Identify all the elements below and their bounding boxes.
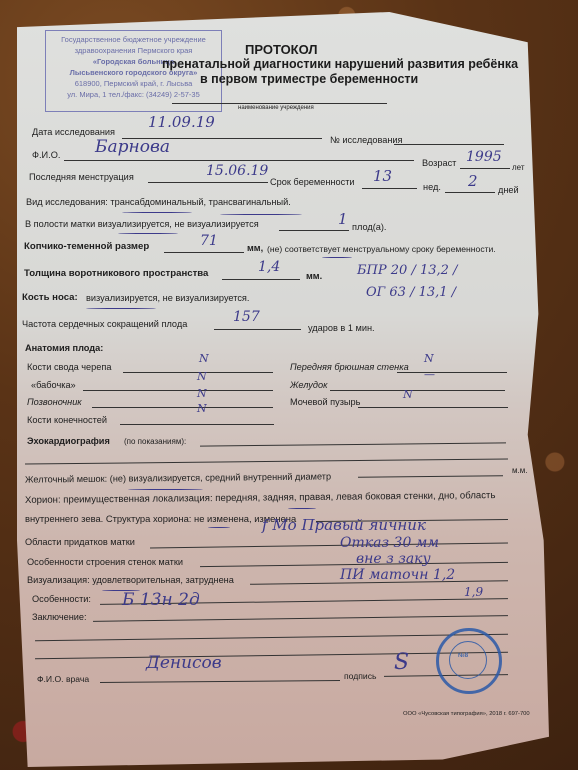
nasal-bone-text: визуализируется, не визуализируется.: [86, 293, 249, 303]
nt-unit: мм.: [306, 271, 322, 281]
institution-stamp: Государственное бюджетное учреждение здр…: [45, 30, 222, 112]
visualization-value[interactable]: ПИ маточн 1,2: [340, 567, 455, 583]
anatomy-left-label: Кости конечностей: [27, 415, 107, 425]
age-label: Возраст: [422, 158, 456, 168]
nt-line: [222, 279, 300, 280]
conclusion-label: Заключение:: [32, 612, 87, 622]
fetus-count-value[interactable]: 1: [338, 210, 348, 228]
anatomy-line: [92, 407, 273, 408]
anatomy-left-label: «бабочка»: [31, 380, 76, 390]
document-title: ПРОТОКОЛ: [245, 42, 318, 57]
fetus-unit: плод(а).: [352, 222, 387, 232]
crl-unit: мм,: [247, 243, 263, 253]
crl-label: Копчико-теменной размер: [24, 241, 149, 252]
anatomy-right-label: Мочевой пузырь: [290, 397, 360, 407]
crl-value[interactable]: 71: [200, 233, 218, 249]
uterus-underline: [118, 233, 178, 234]
stamp-line: Государственное бюджетное учреждение: [46, 34, 221, 45]
doctor-name-value[interactable]: Денисов: [146, 653, 222, 673]
exam-number-line: [394, 144, 504, 145]
last-menstruation-value[interactable]: 15.06.19: [206, 163, 268, 179]
heart-rate-label: Частота сердечных сокращений плода: [22, 319, 187, 329]
seal-inner-ring: [449, 641, 487, 679]
anatomy-mark[interactable]: N: [403, 388, 413, 401]
anatomy-right-label: Передняя брюшная стенка: [290, 362, 409, 372]
term-label: Срок беременности: [270, 177, 355, 187]
features-label: Особенности:: [32, 594, 91, 604]
nt-value[interactable]: 1,4: [258, 259, 280, 275]
exam-type-underline: [220, 214, 302, 215]
name-label: Ф.И.О.: [32, 150, 60, 160]
anatomy-line: [397, 372, 507, 373]
term-weeks-line: [362, 188, 417, 189]
name-line: [64, 160, 414, 161]
anatomy-mark[interactable]: N: [199, 352, 209, 365]
adnexa-value-2[interactable]: Отказ 30 мм: [340, 535, 439, 551]
stamp-line: здравоохранения Пермского края: [46, 45, 221, 56]
exam-date-label: Дата исследования: [32, 127, 115, 137]
printer-footer: ООО «Чусовская типография», 2018 г. 697-…: [403, 711, 530, 717]
patient-name-value[interactable]: Барнова: [95, 137, 170, 157]
chorion-underline: [288, 508, 316, 509]
doctor-label: Ф.И.О. врача: [37, 674, 89, 684]
age-line: [460, 168, 510, 169]
anatomy-right-label: Желудок: [290, 380, 327, 390]
anatomy-mark[interactable]: N: [424, 352, 434, 365]
stamp-line: ул. Мира, 1 тел./факс: (34249) 2-57-35: [46, 89, 221, 100]
heart-rate-value[interactable]: 157: [233, 309, 260, 325]
signature-value[interactable]: Ѕ: [394, 650, 409, 675]
nt-label: Толщина воротникового пространства: [24, 268, 208, 279]
crl-underline: [322, 257, 352, 258]
exam-type-text: Вид исследования: трансабдоминальный, тр…: [26, 197, 291, 207]
anatomy-line: [83, 390, 273, 391]
institution-line: [172, 103, 387, 104]
age-value[interactable]: 1995: [466, 149, 502, 165]
document-subtitle-2: в первом триместре беременности: [200, 72, 418, 86]
echocardiography-label: Эхокардиография: [27, 436, 110, 446]
term-days-line: [445, 192, 495, 193]
uterine-walls-label: Особенности строения стенок матки: [27, 557, 183, 567]
exam-type-underline: [122, 212, 192, 213]
term-days-value[interactable]: 2: [468, 172, 478, 190]
yolk-sac-unit: м.м.: [512, 466, 527, 475]
visualization-label: Визуализация: удовлетворительная, затруд…: [27, 575, 234, 585]
anatomy-heading: Анатомия плода:: [25, 343, 103, 353]
nasal-bone-underline: [86, 308, 156, 309]
last-menstruation-line: [148, 182, 268, 183]
anatomy-line: [358, 407, 508, 408]
chorion-text-2: внутреннего зева. Структура хориона: не …: [25, 513, 296, 524]
uterine-walls-value[interactable]: вне з заку: [356, 551, 431, 567]
crl-suffix: (не) соответствует менструальному сроку …: [267, 244, 496, 254]
anatomy-left-label: Позвоночник: [27, 397, 82, 407]
exam-number-label: № исследования: [330, 135, 403, 145]
round-seal-stamp: №8: [436, 628, 502, 694]
weeks-unit: нед.: [423, 182, 441, 192]
uterus-text: В полости матки визуализируется, не визу…: [25, 219, 259, 229]
features-value[interactable]: 1,9: [464, 585, 483, 599]
heart-rate-unit: ударов в 1 мин.: [308, 323, 375, 333]
adnexa-value[interactable]: f Mo Правый яичник: [262, 516, 426, 534]
anatomy-mark[interactable]: N: [197, 387, 207, 400]
anatomy-mark[interactable]: —: [424, 368, 435, 381]
days-unit: дней: [498, 185, 519, 195]
heart-rate-line: [214, 329, 301, 330]
stamp-line: 618900, Пермский край, г. Лысьва: [46, 78, 221, 89]
anatomy-left-label: Кости свода черепа: [27, 362, 111, 372]
anatomy-mark[interactable]: N: [197, 370, 207, 383]
seal-code: №8: [458, 653, 468, 659]
document-subtitle-1: пренатальной диагностики нарушений разви…: [162, 57, 518, 71]
age-unit: лет: [512, 163, 525, 172]
anatomy-mark[interactable]: N: [197, 402, 207, 415]
nasal-bone-label: Кость носа:: [22, 292, 78, 303]
anatomy-line: [330, 390, 505, 391]
anatomy-line: [120, 424, 274, 425]
handwritten-note-bpd: БПР 20 / 13,2 /: [357, 263, 457, 278]
handwritten-note-ac: ОГ 63 / 13,1 /: [366, 285, 456, 300]
crl-line: [164, 252, 244, 253]
fetus-count-line: [279, 230, 349, 231]
exam-date-value[interactable]: 11.09.19: [148, 113, 215, 131]
institution-caption: наименование учреждения: [238, 105, 314, 111]
term-weeks-value[interactable]: 13: [373, 167, 392, 185]
chorion-structure-underline: [208, 527, 230, 528]
last-menstruation-label: Последняя менструация: [29, 172, 134, 182]
echocardiography-suffix: (по показаниям):: [124, 437, 186, 446]
yolk-sac-underline: [128, 489, 203, 490]
conclusion-value[interactable]: Б 13н 2д: [122, 590, 200, 610]
adnexa-label: Области придатков матки: [25, 537, 135, 547]
signature-label: подпись: [344, 671, 377, 681]
